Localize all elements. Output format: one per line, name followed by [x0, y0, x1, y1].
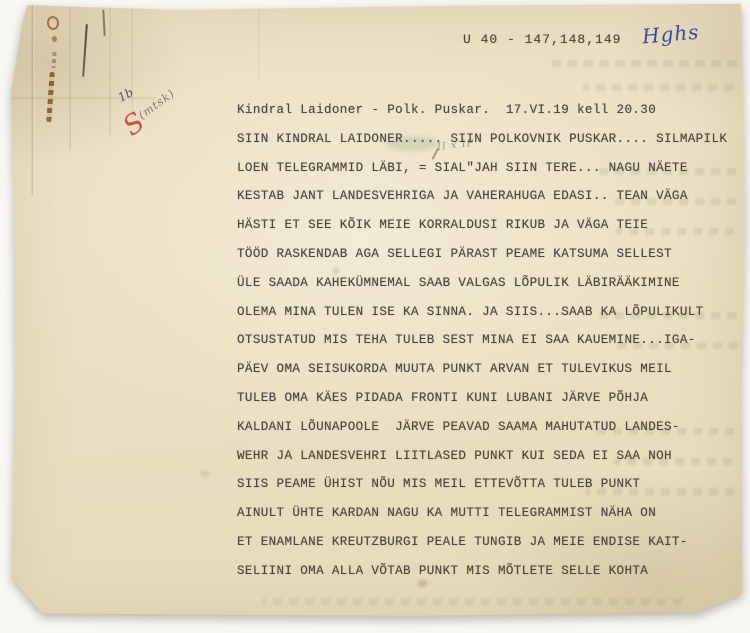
document-paper: U 40 - 147,148,149 Hghs 1b S(mtsk) II x … — [0, 0, 750, 633]
typed-line: SIIS PEAME ÜHIST NÕU MIS MEIL ETTEVÕTTA … — [237, 470, 737, 499]
typed-line: TULEB OMA KÄES PIDADA FRONTI KUNI LUBANI… — [237, 384, 737, 413]
ink-bleed-through — [552, 60, 737, 67]
typed-line: HÄSTI ET SEE KÕIK MEIE KORRALDUSI RIKUB … — [237, 211, 737, 240]
typed-line: OTSUSTATUD MIS TEHA TULEB SEST MINA EI S… — [237, 326, 737, 355]
ink-bleed-through — [583, 84, 733, 91]
typed-line: ÜLE SAADA KAHEKÜMNEMAL SAAB VALGAS LÕPUL… — [237, 269, 737, 298]
typed-line: ET ENAMLANE KREUTZBURGI PEALE TUNGIB JA … — [237, 528, 737, 557]
typed-line: TÖÖD RASKENDAB AGA SELLEGI PÄRAST PEAME … — [237, 240, 737, 269]
document-heading: Kindral Laidoner - Polk. Puskar. 17.VI.1… — [237, 96, 737, 125]
typed-line: PÄEV OMA SEISUKORDA MUUTA PUNKT ARVAN ET… — [237, 355, 737, 384]
typed-line: SELIINI OMA ALLA VÕTAB PUNKT MIS MÕTLETE… — [237, 557, 737, 586]
typed-line: SIIN KINDRAL LAIDONER..... SIIN POLKOVNI… — [237, 125, 737, 154]
paper-stain — [200, 470, 210, 477]
typed-line: KESTAB JANT LANDESVEHRIGA JA VAHERAHUGA … — [237, 182, 737, 211]
typed-line: LOEN TELEGRAMMID LÄBI, = SIAL"JAH SIIN T… — [237, 154, 737, 183]
scanner-background: U 40 - 147,148,149 Hghs 1b S(mtsk) II x … — [0, 0, 750, 633]
handwritten-initials: Hghs — [641, 20, 700, 49]
typed-line: OLEMA MINA TULEN ISE KA SINNA. JA SIIS..… — [237, 298, 737, 327]
paper-tear — [82, 24, 88, 77]
paper-tear — [102, 10, 105, 36]
margin-red-mark-suffix: (mtsk) — [136, 87, 177, 122]
typed-text-block: Kindral Laidoner - Polk. Puskar. 17.VI.1… — [237, 96, 737, 586]
ink-bleed-through — [262, 598, 682, 605]
typed-line: WEHR JA LANDESVEHRI LIITLASED PUNKT KUI … — [237, 442, 737, 471]
typed-line: KALDANI LÕUNAPOOLE JÄRVE PEAVAD SAAMA MA… — [237, 413, 737, 442]
paper-crease — [69, 0, 73, 150]
archival-number: U 40 - 147,148,149 — [463, 32, 621, 47]
paper-crease — [109, 0, 113, 135]
typed-line: AINULT ÜHTE KARDAN NAGU KA MUTTI TELEGRA… — [237, 499, 737, 528]
binding-rust-marks — [52, 36, 57, 42]
binding-rust-marks — [46, 15, 60, 31]
paper-crease — [258, 0, 262, 80]
binding-rust-marks — [51, 52, 56, 68]
